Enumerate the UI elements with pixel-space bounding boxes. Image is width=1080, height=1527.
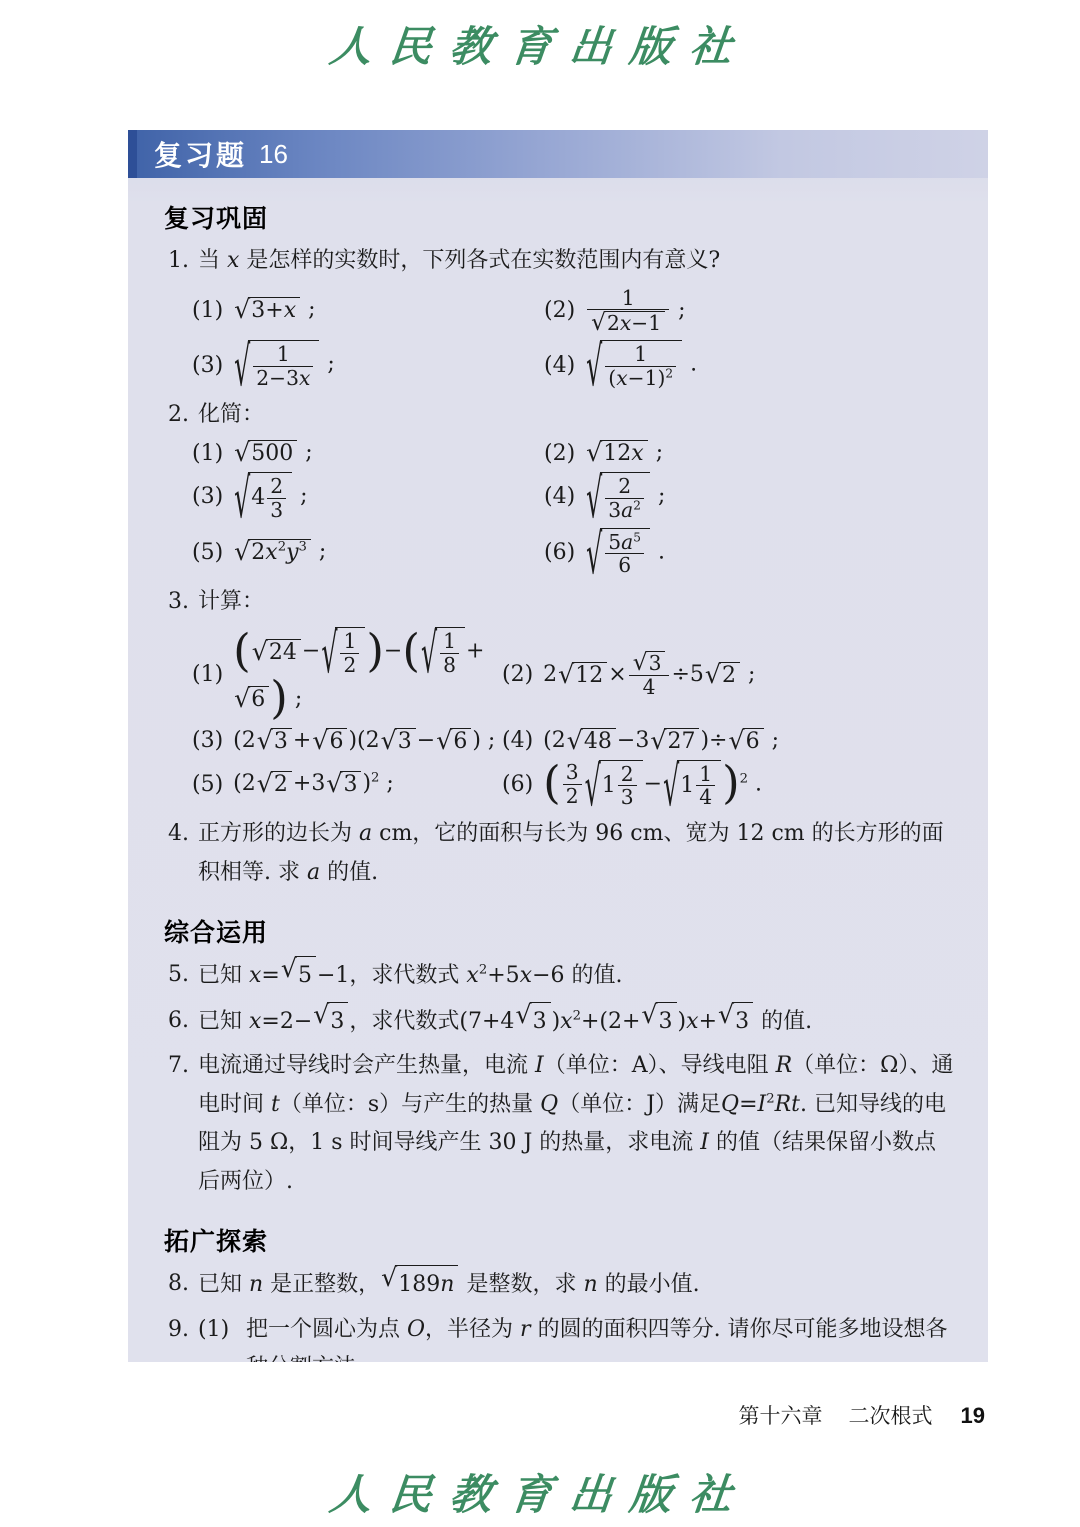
item-1-4: (4)√1(x−1)2 . <box>544 340 697 389</box>
item-3-2: (2)2√12×√34÷5√2 ; <box>502 627 755 721</box>
problem-text: 计算： <box>198 583 988 622</box>
problem-number: 2. <box>168 396 198 435</box>
item-2-1: (1)√500 ; <box>192 440 544 466</box>
problem-number: 7. <box>168 1047 198 1201</box>
item-2-4: (4)√23a2 ; <box>544 472 665 521</box>
problem-7: 7. 电流通过导线时会产生热量，电流 I（单位：A）、导线电阻 R（单位：Ω）、… <box>168 1047 988 1201</box>
banner-title: 复习题 <box>154 134 247 174</box>
item-1-2: (2)1√2x−1 ; <box>544 287 686 335</box>
problem-4: 4. 正方形的边长为 a cm，它的面积与长为 96 cm、宽为 12 cm 的… <box>168 815 988 892</box>
section-heading-comprehensive: 综合运用 <box>164 918 988 948</box>
problem-text: 已知 x=2−√3，求代数式(7+4√3)x2+(2+√3)x+√3 的值. <box>198 1002 988 1042</box>
page-footer: 第十六章 二次根式 19 <box>739 1400 985 1430</box>
problem-2-items: (1)√500 ; (2)√12x ; (3)√423 ; (4)√23a2 ;… <box>128 440 988 577</box>
footer-chapter: 第十六章 <box>739 1400 823 1430</box>
item-row: (3)√12−3x ; (4)√1(x−1)2 . <box>192 340 988 389</box>
problem-1: 1. 当 x 是怎样的实数时，下列各式在实数范围内有意义? <box>168 242 988 281</box>
subitem-label: (1) <box>198 1311 246 1362</box>
item-3-1: (1)(√24−√12)−(√18+√6) ; <box>192 627 502 721</box>
page-number: 19 <box>961 1403 985 1429</box>
problem-6: 6. 已知 x=2−√3，求代数式(7+4√3)x2+(2+√3)x+√3 的值… <box>168 1002 988 1042</box>
item-2-5: (5)√2x2y3 ; <box>192 528 544 577</box>
exercise-panel: 复习题 16 复习巩固 1. 当 x 是怎样的实数时，下列各式在实数范围内有意义… <box>128 130 988 1362</box>
problem-text: 当 x 是怎样的实数时，下列各式在实数范围内有意义? <box>198 242 988 281</box>
publisher-logo-top: 人民教育出版社 <box>0 14 1080 74</box>
section-heading-review: 复习巩固 <box>164 204 988 234</box>
problem-2: 2. 化简： <box>168 396 988 435</box>
problem-text: 已知 x=√5−1，求代数式 x2+5x−6 的值. <box>198 956 988 996</box>
problem-3-items: (1)(√24−√12)−(√18+√6) ; (2)2√12×√34÷5√2 … <box>128 627 988 809</box>
problem-5: 5. 已知 x=√5−1，求代数式 x2+5x−6 的值. <box>168 956 988 996</box>
problem-text: 已知 n 是正整数，√189n 是整数，求 n 的最小值. <box>198 1265 988 1305</box>
item-row: (1)√500 ; (2)√12x ; <box>192 440 988 466</box>
footer-chapter-title: 二次根式 <box>849 1400 933 1430</box>
item-3-6: (6)(32√123−√114)2 . <box>502 760 762 809</box>
item-row: (3)√423 ; (4)√23a2 ; <box>192 472 988 521</box>
item-3-3: (3)(2√3+√6)(2√3−√6) ; <box>192 728 502 754</box>
problem-text: 正方形的边长为 a cm，它的面积与长为 96 cm、宽为 12 cm 的长方形… <box>198 815 988 892</box>
item-row: (3)(2√3+√6)(2√3−√6) ; (4)(2√48−3√27)÷√6 … <box>192 728 988 754</box>
banner-number: 16 <box>259 139 288 170</box>
item-row: (1)(√24−√12)−(√18+√6) ; (2)2√12×√34÷5√2 … <box>192 627 988 721</box>
item-row: (1)√3+x ; (2)1√2x−1 ; <box>192 287 988 335</box>
problem-number: 4. <box>168 815 198 892</box>
problem-number: 3. <box>168 583 198 622</box>
problem-text: 电流通过导线时会产生热量，电流 I（单位：A）、导线电阻 R（单位：Ω）、通电时… <box>198 1047 988 1201</box>
textbook-page: 人民教育出版社 复习题 16 复习巩固 1. 当 x 是怎样的实数时，下列各式在… <box>0 0 1080 1527</box>
publisher-logo-bottom: 人民教育出版社 <box>0 1462 1080 1522</box>
problem-9: 9. (1) 把一个圆心为点 O，半径为 r 的圆的面积四等分. 请你尽可能多地… <box>168 1311 988 1362</box>
item-2-3: (3)√423 ; <box>192 472 544 521</box>
item-3-4: (4)(2√48−3√27)÷√6 ; <box>502 728 779 754</box>
problem-8: 8. 已知 n 是正整数，√189n 是整数，求 n 的最小值. <box>168 1265 988 1305</box>
item-3-5: (5)(2√2+3√3)2 ; <box>192 760 502 809</box>
item-2-6: (6)√5a56 . <box>544 528 665 577</box>
problem-text: 把一个圆心为点 O，半径为 r 的圆的面积四等分. 请你尽可能多地设想各种分割方… <box>246 1311 988 1362</box>
item-row: (5)√2x2y3 ; (6)√5a56 . <box>192 528 988 577</box>
problem-3: 3. 计算： <box>168 583 988 622</box>
problem-number: 9. <box>168 1311 198 1362</box>
item-row: (5)(2√2+3√3)2 ; (6)(32√123−√114)2 . <box>192 760 988 809</box>
problem-number: 6. <box>168 1002 198 1042</box>
item-2-2: (2)√12x ; <box>544 440 663 466</box>
problem-number: 5. <box>168 956 198 996</box>
problem-number: 1. <box>168 242 198 281</box>
section-heading-extension: 拓广探索 <box>164 1227 988 1257</box>
problem-1-items: (1)√3+x ; (2)1√2x−1 ; (3)√12−3x ; (4)√1(… <box>128 287 988 390</box>
item-1-1: (1)√3+x ; <box>192 287 544 335</box>
problem-number: 8. <box>168 1265 198 1305</box>
item-1-3: (3)√12−3x ; <box>192 340 544 389</box>
problem-text: 化简： <box>198 396 988 435</box>
exercise-banner: 复习题 16 <box>128 130 988 178</box>
